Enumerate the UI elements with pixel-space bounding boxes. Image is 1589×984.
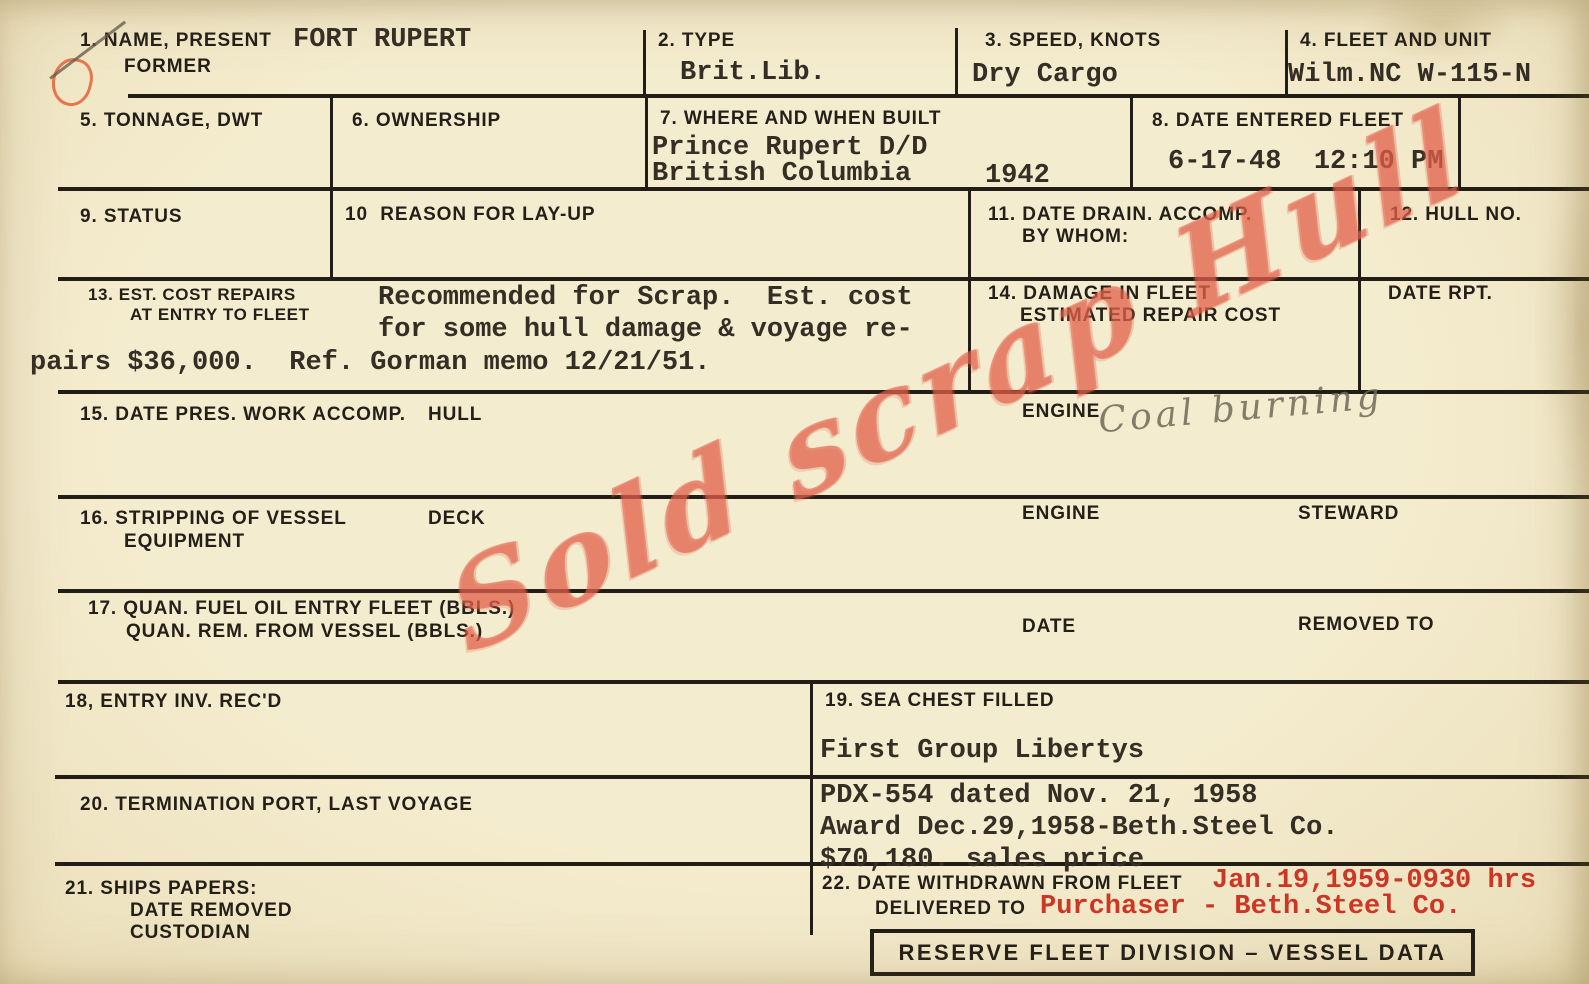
rule-vertical	[810, 683, 813, 935]
banner-box: RESERVE FLEET DIVISION – VESSEL DATA	[870, 929, 1475, 976]
field16-label2: EQUIPMENT	[124, 531, 245, 553]
date-rpt-column-label: DATE RPT.	[1388, 283, 1493, 305]
field21-date-removed-label: DATE REMOVED	[130, 900, 292, 922]
repairs-note-line2: for some hull damage & voyage re-	[378, 315, 913, 345]
repairs-note-line1: Recommended for Scrap. Est. cost	[378, 283, 913, 313]
rule-vertical	[1358, 190, 1361, 279]
rule-horizontal	[128, 94, 1589, 98]
field15-hull-label: HULL	[428, 404, 482, 426]
field5-label: 5. TONNAGE, DWT	[80, 110, 263, 132]
rule-vertical	[330, 97, 333, 189]
rule-vertical	[330, 190, 333, 279]
field12-label: 12. HULL NO.	[1390, 204, 1522, 226]
field17-label: 17. QUAN. FUEL OIL ENTRY FLEET (BBLS.)	[88, 598, 515, 620]
field20-label: 20. TERMINATION PORT, LAST VOYAGE	[80, 794, 473, 816]
sale-note-line2: Award Dec.29,1958-Beth.Steel Co.	[820, 813, 1338, 843]
type-value: Brit.Lib.	[680, 58, 826, 88]
rule-horizontal	[55, 775, 1589, 779]
rule-horizontal	[58, 680, 1589, 684]
field18-label: 18, ENTRY INV. REC'D	[65, 691, 282, 713]
paper-stain	[1520, 120, 1589, 540]
pencil-handwriting-coal-burning: Coal burning	[1097, 376, 1386, 442]
field14-label: 14. DAMAGE IN FLEET	[988, 283, 1211, 305]
field15-engine-label: ENGINE	[1022, 401, 1100, 423]
field13-label2: AT ENTRY TO FLEET	[130, 305, 310, 325]
vessel-name-value: FORT RUPERT	[293, 25, 471, 55]
field2-label: 2. TYPE	[658, 30, 735, 52]
field22-delivered-to-label: DELIVERED TO	[875, 898, 1026, 920]
fleet-unit-value: Wilm.NC W-115-N	[1288, 60, 1531, 90]
sea-chest-value: First Group Libertys	[820, 736, 1144, 766]
rule-vertical	[645, 97, 648, 189]
field21-label: 21. SHIPS PAPERS:	[65, 878, 257, 900]
field14-label2: ESTIMATED REPAIR COST	[1020, 305, 1281, 327]
rule-vertical	[1358, 280, 1361, 392]
repairs-note-line3: pairs $36,000. Ref. Gorman memo 12/21/51…	[30, 348, 711, 378]
field4-label: 4. FLEET AND UNIT	[1300, 30, 1492, 52]
sale-note-line1: PDX-554 dated Nov. 21, 1958	[820, 781, 1257, 811]
field16-label: 16. STRIPPING OF VESSEL	[80, 508, 347, 530]
field17-label2: QUAN. REM. FROM VESSEL (BBLS.)	[126, 621, 483, 643]
field10-label: 10 REASON FOR LAY-UP	[345, 204, 595, 226]
rule-vertical	[1458, 97, 1461, 189]
built-where-line2: British Columbia	[652, 159, 911, 189]
field3-label: 3. SPEED, KNOTS	[985, 30, 1161, 52]
field16-deck-label: DECK	[428, 508, 485, 530]
rule-vertical	[955, 28, 958, 96]
field16-steward-label: STEWARD	[1298, 503, 1399, 525]
rule-vertical	[968, 280, 971, 392]
field21-custodian-label: CUSTODIAN	[130, 922, 251, 944]
rule-vertical	[643, 30, 646, 96]
field19-label: 19. SEA CHEST FILLED	[825, 690, 1055, 712]
rule-vertical	[1130, 97, 1133, 189]
field16-engine-label: ENGINE	[1022, 503, 1100, 525]
date-entered-fleet-value: 6-17-48 12:10 PM	[1168, 147, 1443, 177]
field13-label: 13. EST. COST REPAIRS	[88, 285, 296, 305]
field17-removed-to-label: REMOVED TO	[1298, 614, 1434, 636]
rule-vertical	[968, 190, 971, 279]
field15-label: 15. DATE PRES. WORK ACCOMP.	[80, 404, 406, 426]
field11-bywhom-label: BY WHOM:	[1022, 226, 1129, 248]
field7-label: 7. WHERE AND WHEN BUILT	[660, 108, 941, 130]
built-year-value: 1942	[985, 161, 1050, 191]
rule-horizontal	[58, 589, 1589, 593]
delivered-to-value: Purchaser - Beth.Steel Co.	[1040, 892, 1461, 922]
field17-date-label: DATE	[1022, 616, 1076, 638]
field9-label: 9. STATUS	[80, 206, 182, 228]
field6-label: 6. OWNERSHIP	[352, 110, 501, 132]
sale-note-line3-struck: $70,180. sales price	[820, 845, 1144, 875]
field8-label: 8. DATE ENTERED FLEET	[1152, 110, 1404, 132]
speed-value: Dry Cargo	[972, 60, 1118, 90]
field1-former-label: FORMER	[124, 56, 212, 78]
field11-label: 11. DATE DRAIN. ACCOMP.	[988, 204, 1252, 226]
vessel-data-card: 1. NAME, PRESENT FORMER FORT RUPERT 2. T…	[0, 0, 1589, 984]
rule-horizontal	[58, 495, 1589, 499]
banner-title: RESERVE FLEET DIVISION – VESSEL DATA	[898, 940, 1446, 966]
